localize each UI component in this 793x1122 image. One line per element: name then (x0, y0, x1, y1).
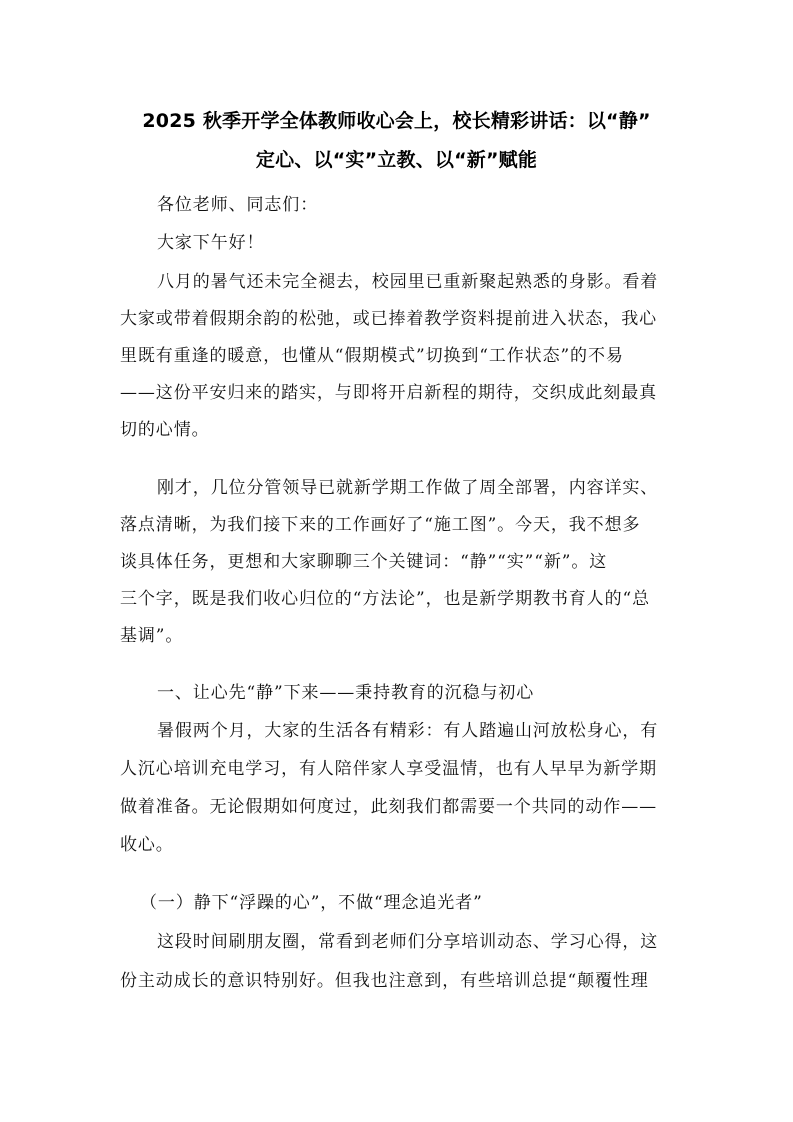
paragraph-line: 三个字，既是我们收心归位的“方法论”，也是新学期教书育人的“总 (120, 587, 680, 611)
paragraph-line: 做着准备。无论假期如何度过，此刻我们都需要一个共同的动作—— (120, 795, 680, 819)
paragraph-line: 八月的暑气还未完全褪去，校园里已重新聚起熟悉的身影。看着 (157, 270, 717, 294)
paragraph-line: 里既有重逢的暖意，也懂从“假期模式”切换到“工作状态”的不易 (120, 344, 680, 368)
paragraph-line: 人沉心培训充电学习，有人陪伴家人享受温情，也有人早早为新学期 (120, 757, 680, 781)
document-title-line-1: 2025 秋季开学全体教师收心会上，校长精彩讲话：以“静” (100, 101, 693, 141)
paragraph-line: 刚才，几位分管领导已就新学期工作做了周全部署，内容详实、 (157, 476, 717, 500)
paragraph-line: 基调”。 (120, 624, 680, 648)
paragraph-line: 大家或带着假期余韵的松弛，或已捧着教学资料提前进入状态，我心 (120, 307, 680, 331)
paragraph-line: ——这份平安归来的踏实，与即将开启新程的期待，交织成此刻最真 (120, 381, 680, 405)
paragraph-line: 收心。 (120, 833, 680, 857)
section-heading: 一、让心先“静”下来——秉持教育的沉稳与初心 (157, 681, 717, 705)
paragraph-line: 份主动成长的意识特别好。但我也注意到，有些培训总提“颠覆性理 (120, 969, 680, 993)
paragraph-line: 暑假两个月，大家的生活各有精彩：有人踏遍山河放松身心，有 (157, 719, 717, 743)
paragraph-line: 落点清晰，为我们接下来的工作画好了“施工图”。今天，我不想多 (120, 513, 680, 537)
paragraph-line: 谈具体任务，更想和大家聊聊三个关键词：“静”“实”“新”。这 (120, 550, 680, 574)
greeting: 大家下午好！ (157, 231, 717, 255)
paragraph-line: 这段时间刷朋友圈，常看到老师们分享培训动态、学习心得，这 (157, 930, 717, 954)
subsection-heading: （一）静下“浮躁的心”，不做“理念追光者” (140, 891, 700, 915)
salutation: 各位老师、同志们： (157, 193, 717, 217)
paragraph-line: 切的心情。 (120, 418, 680, 442)
document-page: 2025 秋季开学全体教师收心会上，校长精彩讲话：以“静” 定心、以“实”立教、… (0, 0, 793, 1122)
document-title-line-2: 定心、以“实”立教、以“新”赋能 (100, 140, 693, 180)
